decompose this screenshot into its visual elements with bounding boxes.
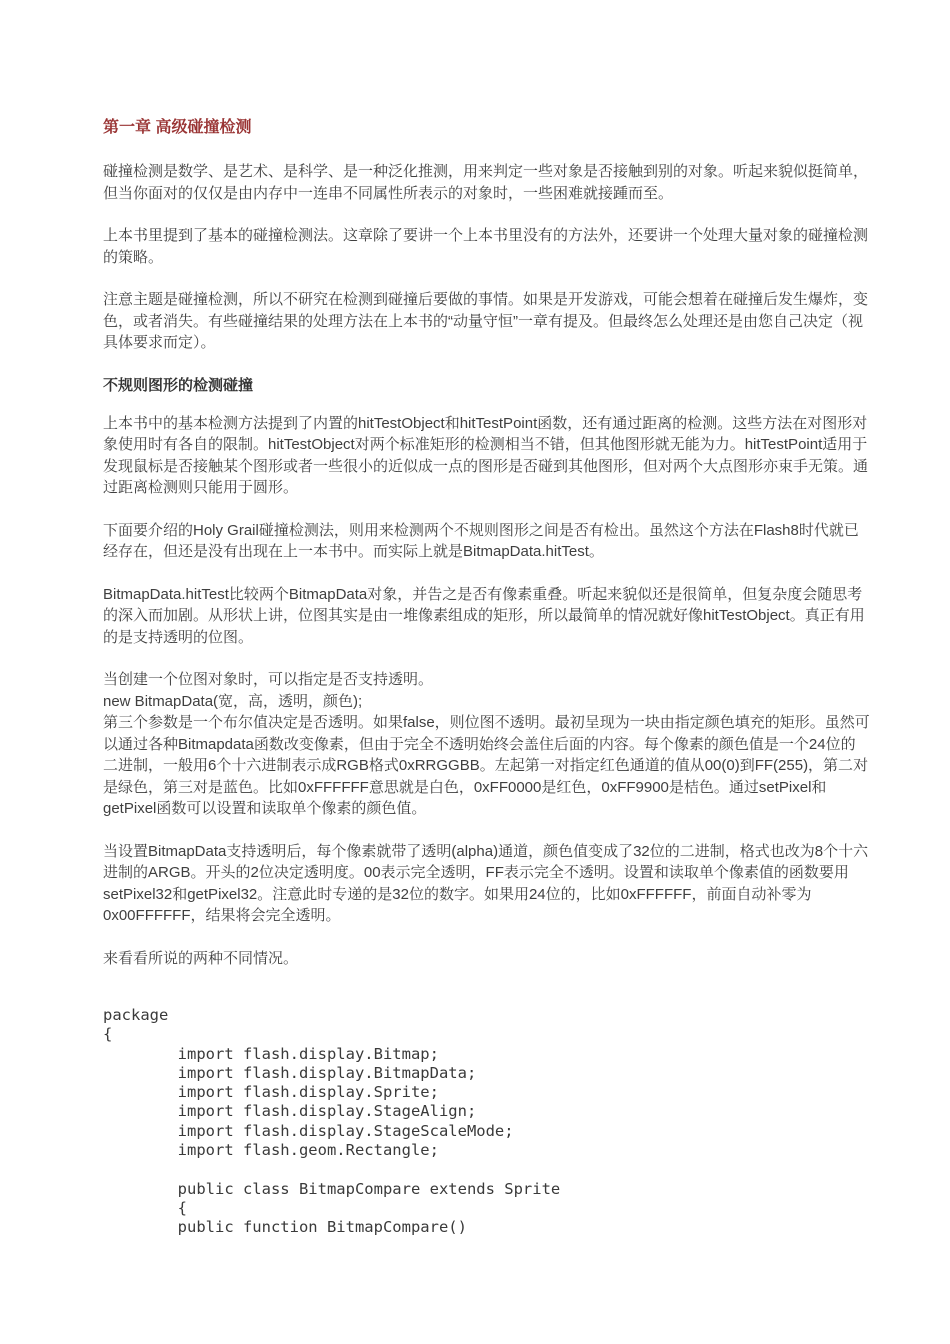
paragraph-intro-1: 碰撞检测是数学、是艺术、是科学、是一种泛化推测，用来判定一些对象是否接触到别的对… (103, 161, 870, 204)
code-block: package { import flash.display.Bitmap; i… (103, 1006, 870, 1238)
paragraph-hittest-limits: 上本书中的基本检测方法提到了内置的hitTestObject和hitTestPo… (103, 413, 870, 499)
chapter-title: 第一章 高级碰撞检测 (103, 117, 870, 138)
code-line: { (103, 1199, 870, 1218)
paragraph-intro-3: 注意主题是碰撞检测，所以不研究在检测到碰撞后要做的事情。如果是开发游戏，可能会想… (103, 289, 870, 354)
paragraph-alpha-channel: 当设置BitmapData支持透明后，每个像素就带了透明(alpha)通道，颜色… (103, 841, 870, 927)
paragraph-two-cases: 来看看所说的两种不同情况。 (103, 948, 870, 970)
section-heading-irregular-shapes: 不规则图形的检测碰撞 (103, 375, 870, 396)
code-line: public function BitmapCompare() (103, 1218, 870, 1237)
code-line: import flash.display.StageScaleMode; (103, 1122, 870, 1141)
paragraph-bitmap-constructor: 当创建一个位图对象时，可以指定是否支持透明。 new BitmapData(宽，… (103, 669, 870, 820)
paragraph-holy-grail: 下面要介绍的Holy Grail碰撞检测法，则用来检测两个不规则图形之间是否有检… (103, 520, 870, 563)
code-line: { (103, 1025, 870, 1044)
code-line: package (103, 1006, 870, 1025)
bitmap-note-line-1: 当创建一个位图对象时，可以指定是否支持透明。 (103, 669, 870, 691)
code-line: import flash.display.Bitmap; (103, 1045, 870, 1064)
code-line: import flash.display.StageAlign; (103, 1102, 870, 1121)
code-line: import flash.geom.Rectangle; (103, 1141, 870, 1160)
code-line: import flash.display.Sprite; (103, 1083, 870, 1102)
paragraph-bitmapdata-hittest: BitmapData.hitTest比较两个BitmapData对象，并告之是否… (103, 584, 870, 649)
document-page: 第一章 高级碰撞检测 碰撞检测是数学、是艺术、是科学、是一种泛化推测，用来判定一… (0, 0, 950, 1344)
paragraph-intro-2: 上本书里提到了基本的碰撞检测法。这章除了要讲一个上本书里没有的方法外，还要讲一个… (103, 225, 870, 268)
bitmap-constructor-signature: new BitmapData(宽，高，透明，颜色); (103, 691, 870, 713)
code-line: import flash.display.BitmapData; (103, 1064, 870, 1083)
bitmap-note-line-3: 第三个参数是一个布尔值决定是否透明。如果false，则位图不透明。最初呈现为一块… (103, 712, 870, 820)
code-line: public class BitmapCompare extends Sprit… (103, 1180, 870, 1199)
code-line (103, 1160, 870, 1179)
